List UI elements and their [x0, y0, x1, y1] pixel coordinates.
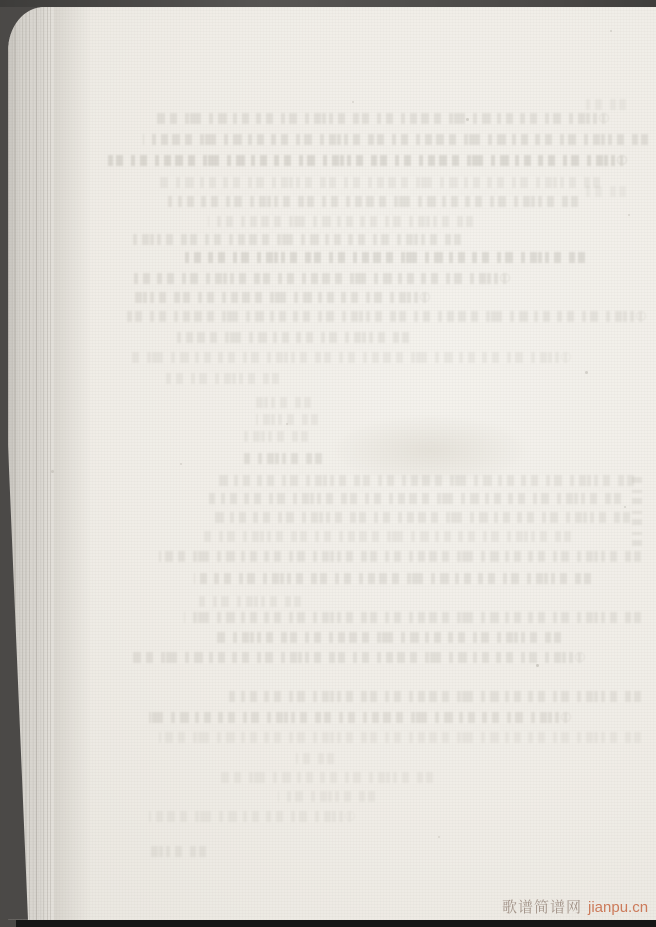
ghost-text-line — [129, 652, 609, 663]
ghost-text-line — [168, 196, 578, 207]
ghost-text-line — [214, 632, 561, 643]
ghost-text-line — [164, 373, 279, 384]
ghost-text-line — [229, 691, 641, 702]
dust-speck — [628, 214, 630, 216]
ghost-text-line — [184, 612, 641, 623]
ghost-text-line — [296, 753, 334, 764]
dust-speck — [352, 101, 354, 103]
ghost-text-line — [155, 113, 633, 124]
dust-speck — [466, 118, 469, 121]
ghost-text-line — [253, 397, 311, 408]
ghost-text-line — [143, 134, 648, 145]
ghost-text-line — [221, 772, 433, 783]
ghost-text-line — [199, 531, 571, 542]
ghost-text-line — [149, 712, 595, 723]
ghost-text-line — [242, 431, 308, 442]
ghost-text-line — [131, 292, 454, 303]
dust-speck — [438, 836, 440, 838]
ghost-text-line — [208, 216, 473, 227]
dust-speck — [286, 423, 288, 425]
ghost-text-line — [150, 846, 206, 857]
ghost-text-line — [131, 234, 461, 245]
ghost-text-line — [149, 811, 379, 822]
ghost-text-line — [214, 512, 630, 523]
ghost-text-line — [194, 573, 591, 584]
dust-speck — [585, 371, 588, 374]
ghost-text-line — [244, 453, 322, 464]
dust-speck — [610, 30, 612, 32]
ghost-text-line — [199, 596, 301, 607]
ghost-text-line — [209, 493, 621, 504]
ghost-text-line — [160, 177, 600, 188]
ghost-text-line — [180, 252, 585, 263]
ghost-text-line — [214, 475, 634, 486]
ghost-vertical-smudge — [632, 476, 642, 546]
ghost-text-line — [278, 791, 375, 802]
dust-speck — [624, 506, 626, 508]
ghost-text-line — [159, 551, 641, 562]
dust-speck — [180, 463, 182, 465]
watermark-site-url: jianpu.cn — [588, 899, 648, 916]
watermark-site-name: 歌谱简谱网 — [502, 898, 582, 916]
ghost-text-line — [108, 155, 651, 166]
ghost-text-line — [584, 99, 626, 110]
ghost-text-line — [586, 186, 626, 197]
ghost-text-line — [174, 332, 409, 343]
ghost-text-line — [131, 273, 534, 284]
watermark: 歌谱简谱网jianpu.cn — [502, 898, 648, 917]
ghost-text-line — [132, 352, 595, 363]
dust-speck — [51, 470, 54, 473]
ghost-layer — [0, 0, 656, 927]
scan-bottom-bar — [16, 920, 656, 927]
scanned-book-page: 歌谱简谱网jianpu.cn — [0, 0, 656, 927]
ghost-text-line — [159, 732, 641, 743]
dust-speck — [536, 664, 539, 667]
ghost-text-line — [127, 311, 656, 322]
